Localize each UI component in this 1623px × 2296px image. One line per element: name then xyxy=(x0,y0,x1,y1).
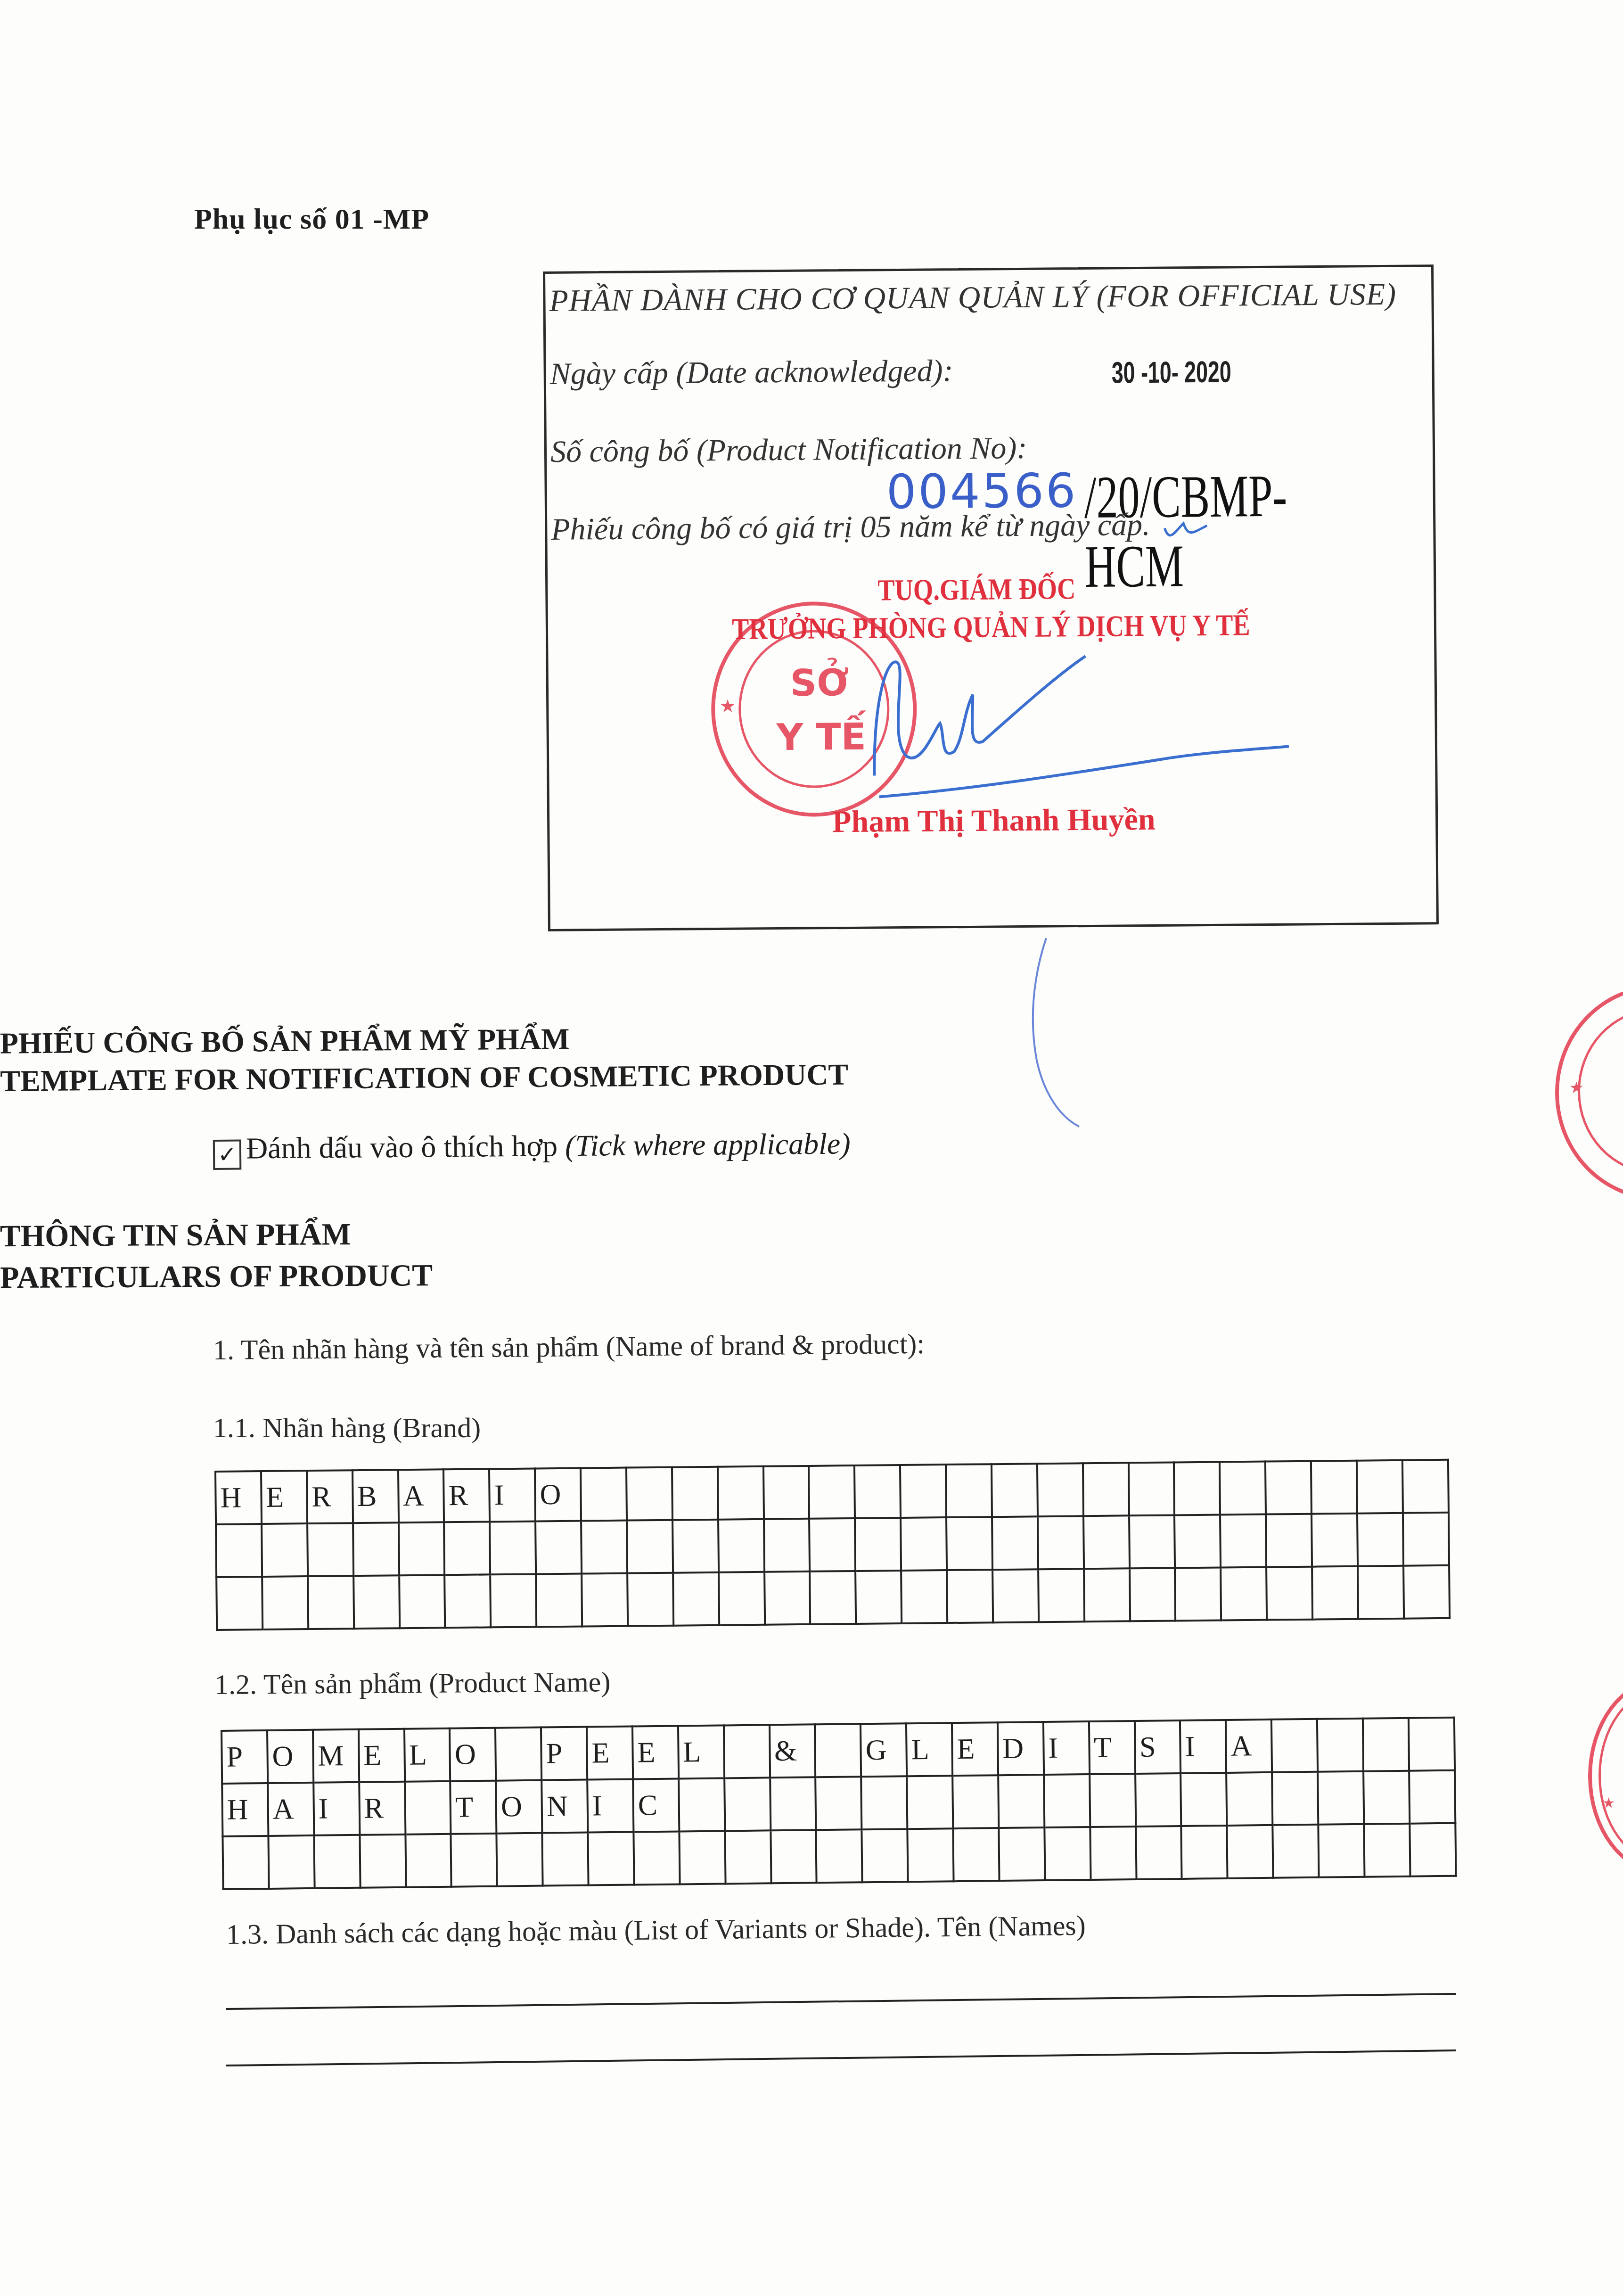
brand-grid-cell[interactable] xyxy=(399,1522,445,1575)
tick-instruction-en: (Tick where applicable) xyxy=(565,1127,851,1162)
brand-grid-cell[interactable] xyxy=(1402,1460,1449,1513)
product-grid-cell[interactable]: I xyxy=(313,1782,360,1835)
brand-grid[interactable]: HERBARIO xyxy=(214,1459,1451,1631)
question-1-label: 1. Tên nhãn hàng và tên sản phẩm (Name o… xyxy=(213,1328,925,1366)
brand-grid-cell[interactable] xyxy=(810,1571,856,1624)
signatory-title-1: TUQ.GIÁM ĐỐC xyxy=(877,571,1076,608)
product-grid-cell[interactable] xyxy=(907,1828,953,1882)
seal-text-line-1: SỞ xyxy=(790,662,849,705)
brand-grid-cell[interactable] xyxy=(1357,1460,1403,1514)
brand-grid-cell[interactable] xyxy=(901,1570,947,1623)
product-grid-cell[interactable]: C xyxy=(633,1778,679,1832)
product-grid-cell[interactable] xyxy=(1318,1824,1364,1877)
product-grid-cell[interactable] xyxy=(314,1835,360,1888)
product-grid-cell[interactable] xyxy=(953,1828,999,1881)
brand-grid-cell[interactable]: I xyxy=(489,1468,535,1522)
product-grid-cell[interactable] xyxy=(1317,1719,1363,1772)
product-grid-cell[interactable]: G xyxy=(861,1723,907,1777)
brand-grid-cell[interactable] xyxy=(1403,1513,1449,1566)
product-grid-cell[interactable]: D xyxy=(998,1722,1044,1775)
brand-grid-cell[interactable] xyxy=(901,1517,947,1571)
product-grid-cell[interactable]: E xyxy=(632,1726,679,1779)
brand-grid-cell[interactable] xyxy=(1311,1461,1357,1514)
product-grid-cell[interactable] xyxy=(816,1829,862,1883)
brand-grid-cell[interactable]: H xyxy=(215,1471,262,1524)
variants-line-2[interactable] xyxy=(226,2049,1456,2066)
brand-grid-cell[interactable] xyxy=(946,1517,992,1570)
product-grid-cell[interactable]: T xyxy=(451,1781,497,1834)
product-grid-cell[interactable]: I xyxy=(1180,1720,1226,1773)
brand-grid-cell[interactable] xyxy=(1220,1462,1266,1515)
brand-grid-cell[interactable] xyxy=(1174,1515,1221,1568)
brand-grid-cell[interactable] xyxy=(1083,1463,1129,1516)
seal-star-icon: ★ xyxy=(720,696,736,716)
product-grid-cell[interactable] xyxy=(1090,1827,1136,1880)
product-grid-cell[interactable] xyxy=(1135,1773,1181,1827)
validity-text: Phiếu công bố có giá trị 05 năm kể từ ng… xyxy=(551,507,1150,548)
brand-grid-cell[interactable] xyxy=(764,1519,810,1572)
brand-grid-cell[interactable] xyxy=(1037,1463,1083,1516)
brand-grid-cell[interactable]: E xyxy=(261,1471,307,1524)
product-grid-cell[interactable] xyxy=(1226,1772,1272,1826)
brand-grid-cell[interactable]: A xyxy=(398,1469,444,1522)
product-grid-cell[interactable]: N xyxy=(541,1780,588,1833)
brand-grid-cell[interactable] xyxy=(262,1523,308,1577)
product-grid-cell[interactable]: A xyxy=(1226,1720,1272,1773)
product-grid-cell[interactable] xyxy=(771,1830,817,1883)
product-grid-cell[interactable] xyxy=(1410,1823,1456,1876)
brand-grid-cell[interactable] xyxy=(490,1574,536,1627)
brand-grid-row xyxy=(216,1565,1450,1630)
brand-grid-cell[interactable] xyxy=(992,1569,1039,1622)
brand-grid-cell[interactable] xyxy=(308,1576,354,1629)
product-grid-cell[interactable] xyxy=(1227,1825,1273,1878)
product-grid-cell[interactable] xyxy=(405,1781,451,1835)
product-grid-cell[interactable] xyxy=(542,1833,589,1886)
signatory-title-2: TRƯỞNG PHÒNG QUẢN LÝ DỊCH VỤ Y TẾ xyxy=(732,608,1250,647)
brand-grid-cell[interactable] xyxy=(1358,1566,1404,1619)
product-grid-cell[interactable] xyxy=(1181,1826,1228,1879)
product-grid-cell[interactable]: S xyxy=(1134,1720,1180,1774)
product-grid-cell[interactable]: P xyxy=(541,1727,587,1780)
brand-grid-cell[interactable] xyxy=(581,1521,627,1574)
product-grid-cell[interactable] xyxy=(862,1829,908,1882)
date-acknowledged-label: Ngày cấp (Date acknowledged): xyxy=(549,353,953,392)
product-grid-cell[interactable] xyxy=(1044,1827,1090,1880)
product-grid-cell[interactable]: L xyxy=(678,1725,724,1778)
brand-grid-cell[interactable] xyxy=(809,1518,855,1572)
product-grid-cell[interactable]: L xyxy=(404,1728,450,1782)
tick-checkbox[interactable]: ✓ xyxy=(213,1140,242,1170)
annex-label: Phụ lục số 01 -MP xyxy=(194,203,429,236)
question-1-1-label: 1.1. Nhãn hàng (Brand) xyxy=(213,1412,481,1444)
brand-grid-cell[interactable] xyxy=(262,1576,308,1629)
product-grid-cell[interactable] xyxy=(999,1827,1045,1881)
product-grid-cell[interactable]: P xyxy=(221,1730,268,1784)
product-grid-cell[interactable]: O xyxy=(267,1730,313,1783)
product-grid-cell[interactable] xyxy=(1090,1774,1136,1827)
brand-grid-cell[interactable] xyxy=(672,1520,719,1573)
brand-grid-cell[interactable] xyxy=(627,1573,673,1626)
product-grid-cell[interactable]: R xyxy=(359,1782,405,1835)
product-grid-cell[interactable] xyxy=(1363,1718,1409,1771)
brand-grid-cell[interactable] xyxy=(1403,1565,1450,1619)
brand-grid-cell[interactable] xyxy=(718,1519,764,1572)
product-grid-cell[interactable] xyxy=(405,1834,451,1887)
brand-grid-cell[interactable] xyxy=(490,1521,536,1574)
brand-grid-cell[interactable]: R xyxy=(443,1469,490,1522)
brand-grid-cell[interactable] xyxy=(1312,1514,1358,1567)
section-title-en: PARTICULARS OF PRODUCT xyxy=(0,1249,1623,1299)
product-grid-cell[interactable]: O xyxy=(450,1728,496,1781)
product-grid-cell[interactable]: & xyxy=(769,1724,815,1778)
product-grid-cell[interactable] xyxy=(1136,1826,1182,1879)
brand-grid-cell[interactable] xyxy=(673,1572,719,1626)
brand-grid-cell[interactable] xyxy=(946,1464,992,1517)
product-grid-cell[interactable] xyxy=(1409,1718,1455,1771)
brand-grid-cell[interactable] xyxy=(855,1518,901,1571)
brand-grid-cell[interactable] xyxy=(1038,1516,1084,1569)
brand-grid-cell[interactable] xyxy=(672,1467,718,1520)
brand-grid-cell[interactable] xyxy=(1266,1514,1312,1567)
brand-grid-cell[interactable] xyxy=(581,1468,627,1521)
brand-grid-cell[interactable] xyxy=(399,1575,445,1628)
brand-grid-cell[interactable] xyxy=(763,1466,809,1519)
question-1-2-label: 1.2. Tên sản phẩm (Product Name) xyxy=(214,1666,611,1701)
brand-grid-cell[interactable] xyxy=(718,1466,764,1520)
date-acknowledged-value: 30 -10- 2020 xyxy=(1111,354,1231,390)
product-grid-cell[interactable] xyxy=(724,1725,770,1778)
product-grid-cell[interactable] xyxy=(907,1776,953,1829)
product-grid-cell[interactable] xyxy=(1180,1773,1227,1826)
product-grid-cell[interactable]: I xyxy=(587,1779,633,1833)
product-grid-cell[interactable]: T xyxy=(1089,1721,1135,1774)
product-grid-cell[interactable] xyxy=(1271,1719,1318,1772)
brand-grid-cell[interactable] xyxy=(536,1574,582,1627)
tick-instruction-vi: Đánh dấu vào ô thích hợp xyxy=(246,1129,566,1165)
form-title: PHIẾU CÔNG BỐ SẢN PHẨM MỸ PHẨM TEMPLATE … xyxy=(0,1012,1623,1100)
product-grid-cell[interactable]: M xyxy=(313,1729,359,1783)
brand-grid-cell[interactable] xyxy=(627,1520,673,1573)
product-grid-cell[interactable] xyxy=(360,1835,406,1888)
product-grid-cell[interactable] xyxy=(1272,1772,1318,1825)
signatory-name: Phạm Thị Thanh Huyền xyxy=(832,802,1156,840)
brand-grid-cell[interactable] xyxy=(1265,1461,1312,1514)
brand-grid-cell[interactable] xyxy=(809,1465,855,1519)
product-grid-cell[interactable] xyxy=(998,1775,1044,1828)
product-grid-cell[interactable]: L xyxy=(906,1723,952,1776)
product-grid-cell[interactable] xyxy=(495,1728,541,1781)
brand-grid-cell[interactable] xyxy=(900,1465,946,1518)
tick-instruction: ✓Đánh dấu vào ô thích hợp (Tick where ap… xyxy=(213,1126,851,1170)
product-grid-cell[interactable] xyxy=(1044,1774,1090,1827)
product-grid-cell[interactable] xyxy=(816,1777,862,1830)
edge-seal-star-icon: ★ xyxy=(1569,1078,1583,1097)
product-grid-cell[interactable] xyxy=(952,1775,999,1828)
brand-grid-cell[interactable] xyxy=(1220,1514,1266,1568)
product-grid-cell[interactable] xyxy=(633,1831,680,1885)
product-grid-cell[interactable] xyxy=(588,1832,634,1885)
variants-line-1[interactable] xyxy=(226,1993,1456,2010)
brand-grid-cell[interactable] xyxy=(855,1571,902,1624)
product-grid-cell[interactable] xyxy=(770,1777,816,1830)
product-grid-cell[interactable] xyxy=(268,1835,314,1889)
brand-grid-cell[interactable] xyxy=(535,1521,582,1574)
brand-grid-cell[interactable] xyxy=(1038,1569,1084,1622)
product-grid-cell[interactable]: E xyxy=(587,1727,633,1780)
product-grid-cell[interactable] xyxy=(724,1778,771,1831)
seal-text-line-2: Y TẾ xyxy=(776,716,866,759)
product-grid-cell[interactable] xyxy=(861,1776,907,1829)
brand-grid-cell[interactable] xyxy=(1175,1568,1221,1621)
product-grid-cell[interactable]: E xyxy=(952,1722,998,1776)
brand-grid-cell[interactable] xyxy=(854,1465,901,1518)
product-name-grid[interactable]: POMELOPEEL&GLEDITSIAHAIRTONIC xyxy=(221,1717,1457,1890)
product-grid-cell[interactable]: I xyxy=(1043,1721,1090,1775)
brand-grid-cell[interactable] xyxy=(353,1522,399,1576)
brand-grid-cell[interactable] xyxy=(445,1574,491,1628)
product-grid-cell[interactable] xyxy=(1364,1824,1410,1877)
brand-grid-cell[interactable] xyxy=(1083,1515,1130,1569)
product-grid-cell[interactable] xyxy=(679,1778,725,1831)
brand-grid-cell[interactable] xyxy=(1129,1515,1175,1568)
product-grid-cell[interactable] xyxy=(1272,1825,1319,1878)
product-grid-cell[interactable] xyxy=(815,1724,861,1777)
brand-grid-cell[interactable]: B xyxy=(352,1470,399,1523)
brand-grid-cell[interactable] xyxy=(764,1572,811,1625)
brand-grid-cell[interactable] xyxy=(1266,1567,1312,1620)
product-grid-cell[interactable]: O xyxy=(496,1780,542,1834)
product-grid-cell[interactable] xyxy=(497,1833,543,1886)
brand-grid-cell[interactable]: R xyxy=(307,1470,353,1523)
product-grid-cell[interactable] xyxy=(1318,1771,1364,1825)
brand-grid-cell[interactable] xyxy=(626,1467,672,1521)
brand-grid-cell[interactable] xyxy=(992,1464,1038,1517)
product-grid-cell[interactable] xyxy=(222,1836,269,1889)
product-grid-cell[interactable]: H xyxy=(222,1783,268,1836)
brand-grid-cell[interactable] xyxy=(947,1570,993,1623)
brand-grid-cell[interactable] xyxy=(1130,1568,1176,1621)
brand-grid-cell[interactable]: O xyxy=(535,1468,581,1522)
brand-grid-cell[interactable] xyxy=(992,1516,1038,1570)
product-grid-cell[interactable] xyxy=(679,1831,725,1884)
product-grid-cell[interactable]: A xyxy=(268,1783,314,1836)
official-use-box: PHẦN DÀNH CHO CƠ QUAN QUẢN LÝ (FOR OFFIC… xyxy=(543,264,1439,931)
brand-grid-cell[interactable] xyxy=(1357,1513,1403,1566)
brand-grid-cell[interactable] xyxy=(1128,1462,1174,1515)
edge-seal-lower-icon: ★ xyxy=(1588,1678,1623,1874)
product-grid-cell[interactable] xyxy=(725,1830,771,1884)
brand-grid-cell[interactable] xyxy=(216,1577,262,1630)
product-grid-cell[interactable] xyxy=(1363,1771,1410,1824)
product-grid-cell[interactable] xyxy=(1409,1770,1455,1824)
brand-grid-cell[interactable] xyxy=(1221,1567,1267,1621)
brand-grid-cell[interactable] xyxy=(216,1524,262,1577)
section-title: THÔNG TIN SẢN PHẨM PARTICULARS OF PRODUC… xyxy=(0,1207,1623,1299)
official-use-title: PHẦN DÀNH CHO CƠ QUAN QUẢN LÝ (FOR OFFIC… xyxy=(549,277,1396,319)
brand-grid-cell[interactable] xyxy=(582,1573,628,1627)
brand-grid-cell[interactable] xyxy=(719,1572,765,1625)
brand-grid-cell[interactable] xyxy=(307,1523,353,1576)
edge-seal-star-icon: ★ xyxy=(1602,1795,1615,1811)
brand-grid-cell[interactable] xyxy=(1312,1566,1358,1620)
brand-grid-cell[interactable] xyxy=(1084,1568,1130,1621)
brand-grid-cell[interactable] xyxy=(353,1575,400,1629)
product-grid-cell[interactable]: E xyxy=(359,1729,405,1782)
question-1-3-label: 1.3. Danh sách các dạng hoặc màu (List o… xyxy=(226,1909,1086,1951)
brand-grid-cell[interactable] xyxy=(444,1522,490,1575)
brand-grid-cell[interactable] xyxy=(1174,1462,1220,1515)
product-grid-cell[interactable] xyxy=(451,1834,497,1887)
